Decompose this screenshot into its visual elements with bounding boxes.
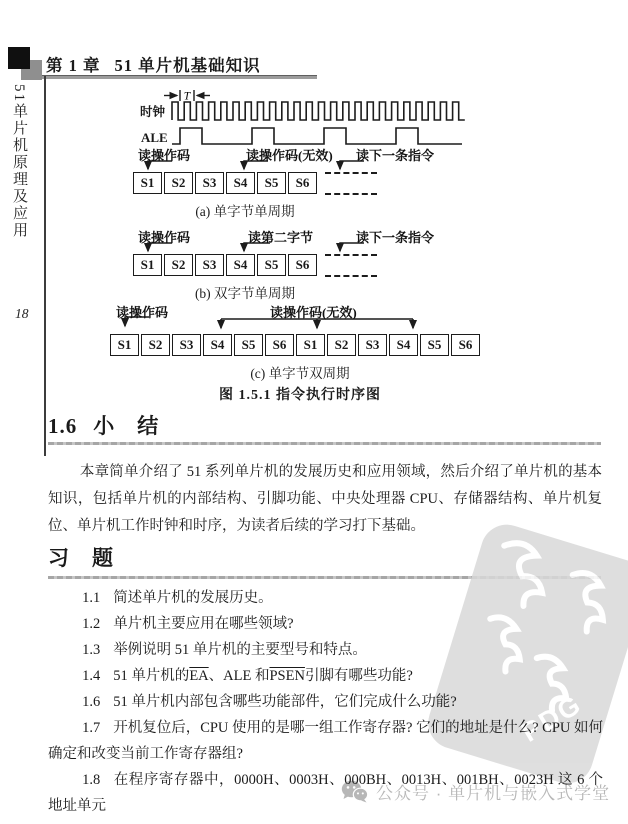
label-read-opcode-invalid-a: 读操作码(无效) [246, 145, 333, 164]
figure-caption: 图 1.5.1 指令执行时序图 [100, 384, 500, 404]
label-read-next-instr-a: 读下一条指令 [356, 145, 434, 164]
state-box: S6 [451, 334, 480, 356]
clock-waveform [172, 102, 465, 120]
dashed-continuation [325, 254, 377, 256]
state-box: S6 [288, 254, 317, 276]
label-read-opcode-c: 读操作码 [116, 302, 168, 321]
clock-label: 时钟 [140, 102, 165, 120]
exercise-item: 1.7开机复位后，CPU 使用的是哪一组工作寄存器? 它们的地址是什么? CPU… [48, 715, 603, 767]
state-box: S4 [389, 334, 418, 356]
ale-waveform [172, 128, 462, 144]
book-page: PDG 第 1 章51 单片机基础知识 51单片机原理及应用 18 T [0, 0, 628, 824]
state-box: S5 [234, 334, 263, 356]
label-read-opcode-b: 读操作码 [138, 227, 190, 246]
exercise-item: 1.2单片机主要应用在哪些领域? [48, 611, 603, 637]
label-read-next-instr-b: 读下一条指令 [356, 227, 434, 246]
state-box: S4 [226, 254, 255, 276]
exercise-text: 、ALE 和 [209, 668, 270, 684]
summary-heading-number: 1.6 [48, 414, 77, 438]
state-box: S4 [203, 334, 232, 356]
state-box: S6 [288, 172, 317, 194]
caption-c: (c) 单字节双周期 [190, 362, 410, 382]
state-box: S3 [195, 254, 224, 276]
state-box: S5 [257, 172, 286, 194]
state-row-a: S1S2S3S4S5S6 [133, 172, 317, 194]
state-box: S2 [141, 334, 170, 356]
chapter-header: 第 1 章51 单片机基础知识 [46, 52, 261, 76]
exercise-item: 1.451 单片机的EA、ALE 和PSEN引脚有哪些功能? [48, 663, 603, 689]
state-row-c: S1S2S3S4S5S6S1S2S3S4S5S6 [110, 334, 480, 356]
caption-b: (b) 双字节单周期 [140, 282, 350, 302]
exercise-number: 1.3 [82, 642, 100, 658]
state-box: S1 [110, 334, 139, 356]
exercise-number: 1.7 [82, 720, 100, 736]
exercise-item: 1.8在程序寄存器中，0000H、0003H、000BH、0013H、001BH… [48, 767, 603, 819]
overline-ea: EA [189, 668, 208, 684]
state-box: S3 [195, 172, 224, 194]
overline-psen: PSEN [269, 668, 304, 684]
summary-heading: 1.6小 结 [48, 410, 159, 440]
dashed-continuation [325, 275, 377, 277]
chapter-number: 第 1 章 [46, 56, 101, 75]
dashed-continuation [325, 193, 377, 195]
t-label: T [184, 91, 192, 103]
exercise-text: 单片机主要应用在哪些领域? [113, 616, 293, 632]
exercise-text: 51 单片机内部包含哪些功能部件，它们完成什么功能? [113, 694, 457, 710]
exercise-number: 1.2 [82, 616, 100, 632]
exercise-item: 1.3举例说明 51 单片机的主要型号和特点。 [48, 637, 603, 663]
state-box: S2 [164, 172, 193, 194]
exercise-item: 1.1简述单片机的发展历史。 [48, 585, 603, 611]
state-box: S5 [420, 334, 449, 356]
summary-paragraph: 本章简单介绍了 51 系列单片机的发展历史和应用领域，然后介绍了单片机的基本知识… [48, 459, 602, 540]
timing-figure: T 时钟 ALE 读操作码 读操作码(无效) 读下一条指令 S1S2S3S4S5… [0, 88, 628, 408]
state-box: S5 [257, 254, 286, 276]
state-box: S6 [265, 334, 294, 356]
exercise-item: 1.651 单片机内部包含哪些功能部件，它们完成什么功能? [48, 689, 603, 715]
label-read-opcode-invalid-c: 读操作码(无效) [270, 302, 357, 321]
label-read-second-byte-b: 读第二字节 [248, 227, 313, 246]
label-read-opcode-a: 读操作码 [138, 145, 190, 164]
state-box: S3 [358, 334, 387, 356]
state-box: S3 [172, 334, 201, 356]
exercise-text: 举例说明 51 单片机的主要型号和特点。 [113, 642, 367, 658]
ale-label: ALE [141, 130, 168, 146]
exercises-heading: 习 题 [48, 542, 114, 572]
exercise-text: 在程序寄存器中，0000H、0003H、000BH、0013H、001BH、00… [48, 772, 603, 814]
exercise-number: 1.8 [82, 772, 100, 788]
state-box: S4 [226, 172, 255, 194]
exercise-text: 简述单片机的发展历史。 [113, 590, 273, 606]
dashed-continuation [325, 172, 377, 174]
exercise-text: 开机复位后，CPU 使用的是哪一组工作寄存器? 它们的地址是什么? CPU 如何… [48, 720, 603, 762]
summary-rule [48, 442, 601, 445]
exercise-text: 引脚有哪些功能? [305, 668, 413, 684]
state-box: S1 [296, 334, 325, 356]
caption-a: (a) 单字节单周期 [140, 200, 350, 220]
summary-heading-title: 小 结 [93, 414, 159, 438]
state-box: S2 [327, 334, 356, 356]
header-black-square [8, 47, 30, 69]
state-row-b: S1S2S3S4S5S6 [133, 254, 317, 276]
state-box: S1 [133, 254, 162, 276]
state-box: S1 [133, 172, 162, 194]
timing-waveforms: T [0, 88, 628, 408]
exercise-number: 1.6 [82, 694, 100, 710]
exercises-heading-title: 习 题 [48, 546, 114, 570]
exercise-number: 1.4 [82, 668, 100, 684]
exercise-list: 1.1简述单片机的发展历史。 1.2单片机主要应用在哪些领域? 1.3举例说明 … [48, 585, 603, 819]
exercise-text: 51 单片机的 [113, 668, 189, 684]
state-box: S2 [164, 254, 193, 276]
exercise-number: 1.1 [82, 590, 100, 606]
chapter-title: 51 单片机基础知识 [115, 56, 261, 75]
header-rule [30, 75, 317, 79]
